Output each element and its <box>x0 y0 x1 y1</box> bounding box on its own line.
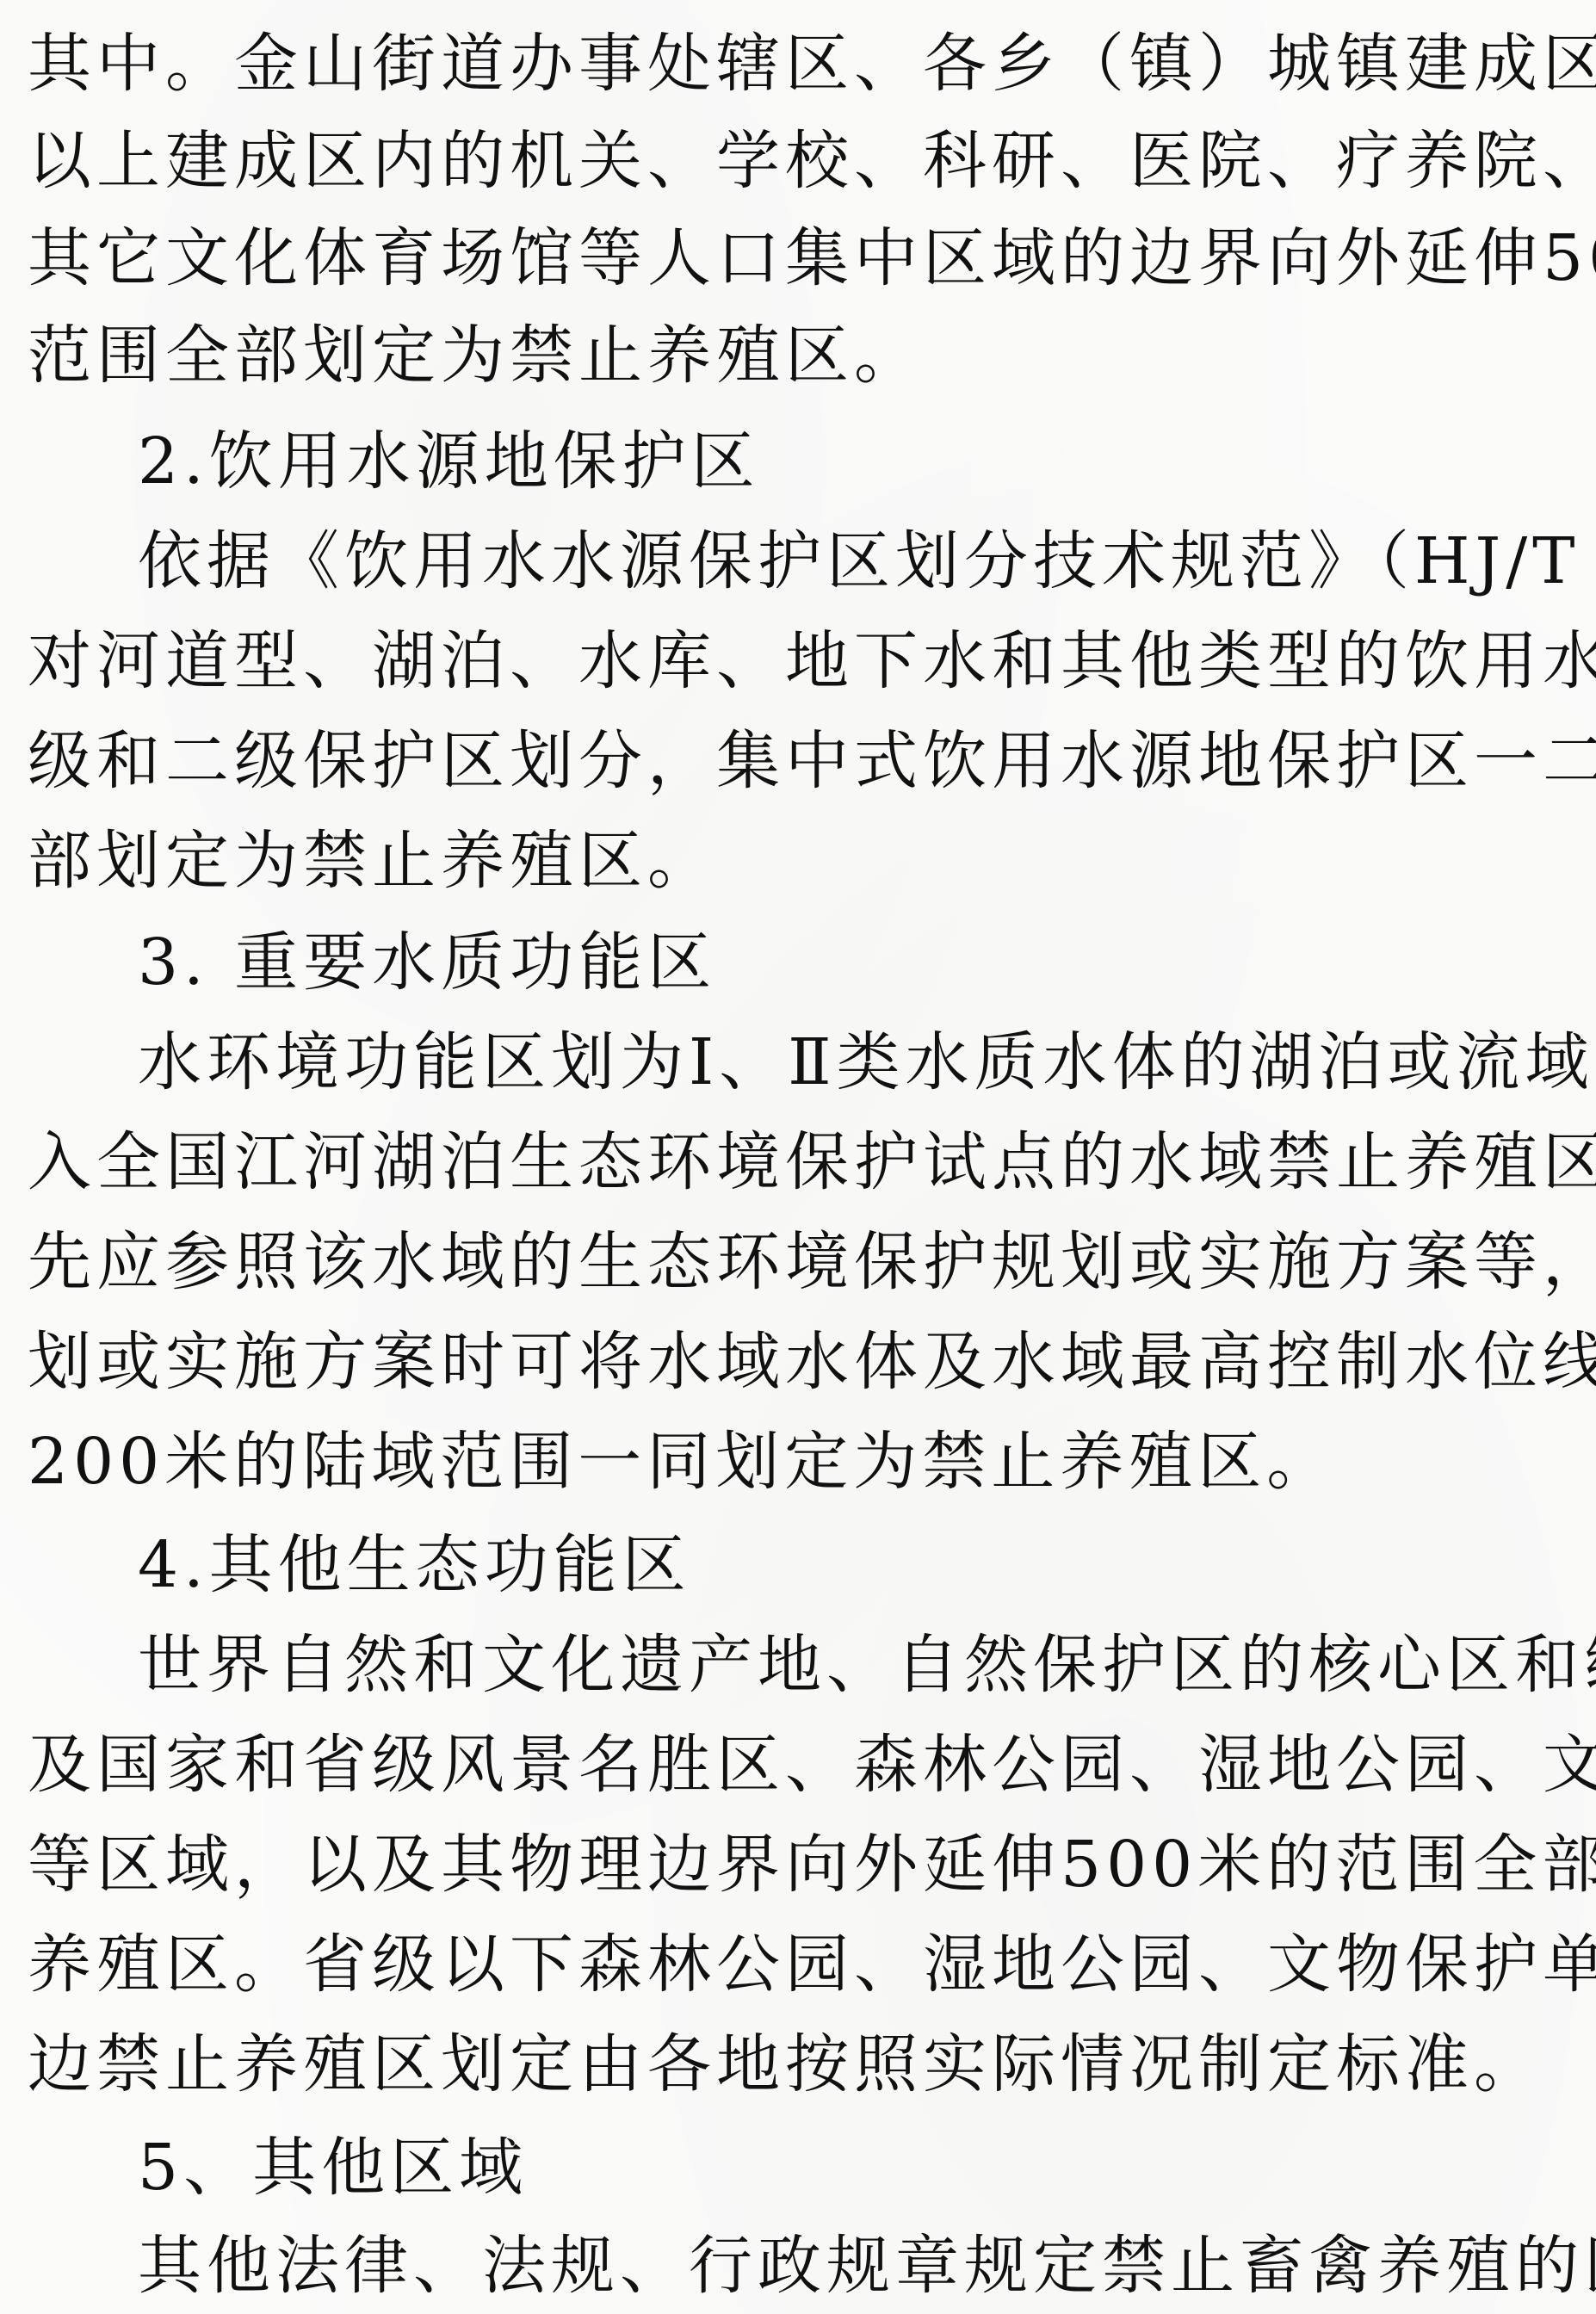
section-heading-5: 5、其他区域 <box>0 2119 1596 2217</box>
paragraph-line: 世界自然和文化遗产地、自然保护区的核心区和缓冲区，以 <box>0 1617 1596 1714</box>
paragraph-line: 养殖区。省级以下森林公园、湿地公园、文物保护单位等区域周 <box>0 1916 1596 2014</box>
paragraph-line: 以上建成区内的机关、学校、科研、医院、疗养院、敬老院以及 <box>0 113 1596 210</box>
section-heading-4: 4.其他生态功能区 <box>0 1517 1596 1614</box>
paragraph-line: 其中。金山街道办事处辖区、各乡（镇）城镇建成区，以及不在 <box>0 15 1596 113</box>
paragraph-line: 水环境功能区划为Ⅰ、Ⅱ类水质水体的湖泊或流域，以及纳 <box>0 1014 1596 1111</box>
section-heading-2: 2.饮用水源地保护区 <box>0 413 1596 510</box>
paragraph-line: 划或实施方案时可将水域水体及水域最高控制水位线向外延伸 <box>0 1314 1596 1411</box>
paragraph-line: 对河道型、湖泊、水库、地下水和其他类型的饮用水源地进行一 <box>0 613 1596 710</box>
paragraph-line: 200米的陆域范围一同划定为禁止养殖区。 <box>0 1414 1596 1511</box>
paragraph-line: 其他法律、法规、行政规章规定禁止畜禽养殖的区域。 <box>0 2218 1596 2314</box>
paragraph-line: 入全国江河湖泊生态环境保护试点的水域禁止养殖区的划定首 <box>0 1114 1596 1211</box>
scanned-document-page: 其中。金山街道办事处辖区、各乡（镇）城镇建成区，以及不在 以上建成区内的机关、学… <box>0 0 1596 2314</box>
paragraph-line: 先应参照该水域的生态环境保护规划或实施方案等，如无相应规 <box>0 1214 1596 1311</box>
paragraph-line: 级和二级保护区划分，集中式饮用水源地保护区一二级保护区全 <box>0 713 1596 810</box>
section-heading-3: 3. 重要水质功能区 <box>0 914 1596 1012</box>
paragraph-line: 及国家和省级风景名胜区、森林公园、湿地公园、文物保护单位 <box>0 1717 1596 1814</box>
paragraph-line: 依据《饮用水水源保护区划分技术规范》（HJ/T 338-2007） <box>0 513 1596 610</box>
paragraph-line: 范围全部划定为禁止养殖区。 <box>0 307 1596 405</box>
paragraph-line: 边禁止养殖区划定由各地按照实际情况制定标准。 <box>0 2016 1596 2113</box>
paragraph-line: 等区域，以及其物理边界向外延伸500米的范围全部划定为禁止 <box>0 1816 1596 1914</box>
paragraph-line: 其它文化体育场馆等人口集中区域的边界向外延伸500米的区域 <box>0 210 1596 307</box>
paragraph-line: 部划定为禁止养殖区。 <box>0 813 1596 910</box>
